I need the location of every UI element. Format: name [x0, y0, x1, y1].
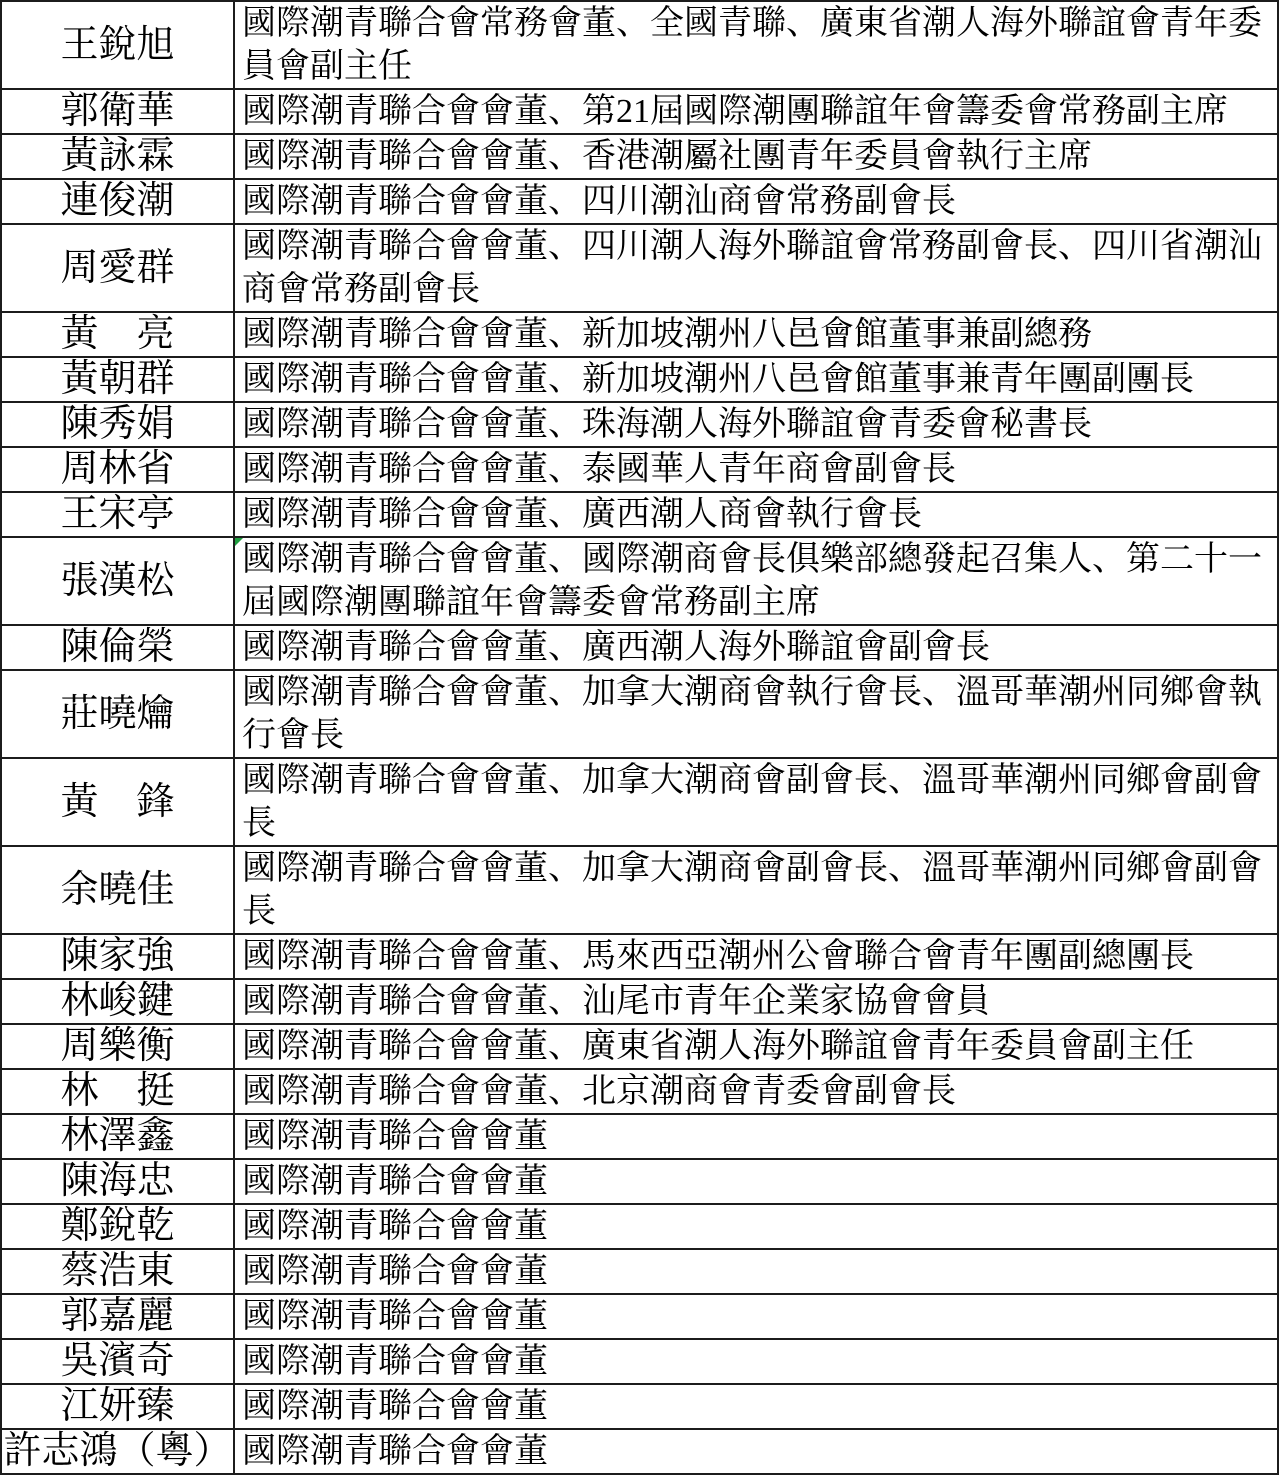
- member-title-cell: 國際潮青聯合會會董: [234, 1249, 1278, 1294]
- member-title-cell: 國際潮青聯合會會董: [234, 1429, 1278, 1474]
- member-title: 國際潮青聯合會會董、廣東省潮人海外聯誼會青年委員會副主任: [242, 1028, 1194, 1065]
- member-name-cell: 林澤鑫: [1, 1114, 234, 1159]
- table-row: 周樂衡 國際潮青聯合會會董、廣東省潮人海外聯誼會青年委員會副主任: [1, 1024, 1278, 1069]
- member-title-cell: 國際潮青聯合會會董、國際潮商會長俱樂部總發起召集人、第二十一屆國際潮團聯誼年會籌…: [234, 537, 1278, 625]
- member-name: 陳倫榮: [60, 626, 174, 668]
- member-name: 連俊潮: [60, 180, 174, 222]
- member-name: 黃詠霖: [60, 135, 174, 177]
- member-name: 郭衛華: [60, 90, 174, 132]
- member-title: 國際潮青聯合會會董、四川潮汕商會常務副會長: [242, 183, 956, 220]
- cell-comment-indicator-icon: [235, 538, 243, 546]
- member-title-cell: 國際潮青聯合會會董、加拿大潮商會副會長、溫哥華潮州同鄉會副會長: [234, 758, 1278, 846]
- table-row: 陳海忠 國際潮青聯合會會董: [1, 1159, 1278, 1204]
- member-name-cell: 周樂衡: [1, 1024, 234, 1069]
- member-title-cell: 國際潮青聯合會會董、新加坡潮州八邑會館董事兼副總務: [234, 312, 1278, 357]
- member-name: 蔡浩東: [60, 1250, 174, 1292]
- member-title: 國際潮青聯合會會董: [242, 1433, 548, 1470]
- member-name: 余曉佳: [60, 869, 174, 911]
- table-row: 張漢松 國際潮青聯合會會董、國際潮商會長俱樂部總發起召集人、第二十一屆國際潮團聯…: [1, 537, 1278, 625]
- member-name: 周樂衡: [60, 1025, 174, 1067]
- member-title: 國際潮青聯合會會董、珠海潮人海外聯誼會青委會秘書長: [242, 406, 1092, 443]
- member-name-cell: 許志鴻（粵）: [1, 1429, 234, 1474]
- member-title-cell: 國際潮青聯合會會董、泰國華人青年商會副會長: [234, 447, 1278, 492]
- member-name: 鄭銳乾: [60, 1205, 174, 1247]
- table-row: 陳倫榮 國際潮青聯合會會董、廣西潮人海外聯誼會副會長: [1, 625, 1278, 670]
- member-title: 國際潮青聯合會會董、第21屆國際潮團聯誼年會籌委會常務副主席: [242, 93, 1228, 130]
- table-row: 王銳旭 國際潮青聯合會常務會董、全國青聯、廣東省潮人海外聯誼會青年委員會副主任: [1, 1, 1278, 89]
- member-name-cell: 郭嘉麗: [1, 1294, 234, 1339]
- member-title: 國際潮青聯合會會董: [242, 1253, 548, 1290]
- member-title-cell: 國際潮青聯合會會董、香港潮屬社團青年委員會執行主席: [234, 134, 1278, 179]
- member-name-cell: 周林省: [1, 447, 234, 492]
- member-name-cell: 陳倫榮: [1, 625, 234, 670]
- member-title: 國際潮青聯合會會董、北京潮商會青委會副會長: [242, 1073, 956, 1110]
- member-title: 國際潮青聯合會會董: [242, 1298, 548, 1335]
- member-title-cell: 國際潮青聯合會常務會董、全國青聯、廣東省潮人海外聯誼會青年委員會副主任: [234, 1, 1278, 89]
- table-row: 周愛群 國際潮青聯合會會董、四川潮人海外聯誼會常務副會長、四川省潮汕商會常務副會…: [1, 224, 1278, 312]
- members-table: 王銳旭 國際潮青聯合會常務會董、全國青聯、廣東省潮人海外聯誼會青年委員會副主任 …: [0, 0, 1279, 1475]
- member-title: 國際潮青聯合會會董、國際潮商會長俱樂部總發起召集人、第二十一屆國際潮團聯誼年會籌…: [242, 541, 1262, 621]
- member-title-cell: 國際潮青聯合會會董、馬來西亞潮州公會聯合會青年團副總團長: [234, 934, 1278, 979]
- table-row: 陳家強 國際潮青聯合會會董、馬來西亞潮州公會聯合會青年團副總團長: [1, 934, 1278, 979]
- member-name-cell: 王銳旭: [1, 1, 234, 89]
- member-name-cell: 黃 鋒: [1, 758, 234, 846]
- member-title-cell: 國際潮青聯合會會董、廣西潮人商會執行會長: [234, 492, 1278, 537]
- member-title-cell: 國際潮青聯合會會董、廣西潮人海外聯誼會副會長: [234, 625, 1278, 670]
- table-row: 周林省 國際潮青聯合會會董、泰國華人青年商會副會長: [1, 447, 1278, 492]
- member-title: 國際潮青聯合會會董、加拿大潮商會執行會長、溫哥華潮州同鄉會執行會長: [242, 674, 1262, 754]
- member-name: 陳秀娟: [60, 403, 174, 445]
- member-name-cell: 陳海忠: [1, 1159, 234, 1204]
- member-title: 國際潮青聯合會會董: [242, 1163, 548, 1200]
- table-row: 黃 鋒 國際潮青聯合會會董、加拿大潮商會副會長、溫哥華潮州同鄉會副會長: [1, 758, 1278, 846]
- table-row: 吳濱奇 國際潮青聯合會會董: [1, 1339, 1278, 1384]
- member-name: 莊曉爚: [60, 693, 174, 735]
- member-title: 國際潮青聯合會會董、馬來西亞潮州公會聯合會青年團副總團長: [242, 938, 1194, 975]
- member-title-cell: 國際潮青聯合會會董、四川潮汕商會常務副會長: [234, 179, 1278, 224]
- member-title-cell: 國際潮青聯合會會董、加拿大潮商會執行會長、溫哥華潮州同鄉會執行會長: [234, 670, 1278, 758]
- member-name: 周林省: [60, 448, 174, 490]
- table-row: 莊曉爚 國際潮青聯合會會董、加拿大潮商會執行會長、溫哥華潮州同鄉會執行會長: [1, 670, 1278, 758]
- member-name: 陳海忠: [60, 1160, 174, 1202]
- table-row: 蔡浩東 國際潮青聯合會會董: [1, 1249, 1278, 1294]
- table-row: 連俊潮 國際潮青聯合會會董、四川潮汕商會常務副會長: [1, 179, 1278, 224]
- member-title-cell: 國際潮青聯合會會董、加拿大潮商會副會長、溫哥華潮州同鄉會副會長: [234, 846, 1278, 934]
- member-name: 許志鴻（粵）: [3, 1430, 231, 1472]
- table-row: 林 挺 國際潮青聯合會會董、北京潮商會青委會副會長: [1, 1069, 1278, 1114]
- member-name-cell: 余曉佳: [1, 846, 234, 934]
- member-name-cell: 黃 亮: [1, 312, 234, 357]
- member-title-cell: 國際潮青聯合會會董: [234, 1294, 1278, 1339]
- member-title: 國際潮青聯合會會董、汕尾市青年企業家協會會員: [242, 983, 990, 1020]
- table-row: 林峻鍵 國際潮青聯合會會董、汕尾市青年企業家協會會員: [1, 979, 1278, 1024]
- member-title: 國際潮青聯合會會董: [242, 1343, 548, 1380]
- member-name-cell: 張漢松: [1, 537, 234, 625]
- member-title: 國際潮青聯合會會董、新加坡潮州八邑會館董事兼青年團副團長: [242, 361, 1194, 398]
- member-title: 國際潮青聯合會會董: [242, 1118, 548, 1155]
- member-title-cell: 國際潮青聯合會會董、珠海潮人海外聯誼會青委會秘書長: [234, 402, 1278, 447]
- member-name-cell: 林峻鍵: [1, 979, 234, 1024]
- table-row: 黃朝群 國際潮青聯合會會董、新加坡潮州八邑會館董事兼青年團副團長: [1, 357, 1278, 402]
- table-row: 郭嘉麗 國際潮青聯合會會董: [1, 1294, 1278, 1339]
- member-name-cell: 莊曉爚: [1, 670, 234, 758]
- table-row: 林澤鑫 國際潮青聯合會會董: [1, 1114, 1278, 1159]
- member-title: 國際潮青聯合會會董: [242, 1388, 548, 1425]
- member-name-cell: 陳秀娟: [1, 402, 234, 447]
- member-title-cell: 國際潮青聯合會會董、北京潮商會青委會副會長: [234, 1069, 1278, 1114]
- table-row: 黃 亮 國際潮青聯合會會董、新加坡潮州八邑會館董事兼副總務: [1, 312, 1278, 357]
- member-name: 林澤鑫: [60, 1115, 174, 1157]
- member-title-cell: 國際潮青聯合會會董、廣東省潮人海外聯誼會青年委員會副主任: [234, 1024, 1278, 1069]
- member-title: 國際潮青聯合會會董: [242, 1208, 548, 1245]
- member-name: 郭嘉麗: [60, 1295, 174, 1337]
- member-title: 國際潮青聯合會會董、加拿大潮商會副會長、溫哥華潮州同鄉會副會長: [242, 850, 1262, 930]
- member-name-cell: 黃朝群: [1, 357, 234, 402]
- member-name-cell: 吳濱奇: [1, 1339, 234, 1384]
- member-title-cell: 國際潮青聯合會會董、汕尾市青年企業家協會會員: [234, 979, 1278, 1024]
- member-name-cell: 連俊潮: [1, 179, 234, 224]
- member-name-cell: 王宋亭: [1, 492, 234, 537]
- member-name-cell: 林 挺: [1, 1069, 234, 1114]
- member-title-cell: 國際潮青聯合會會董、四川潮人海外聯誼會常務副會長、四川省潮汕商會常務副會長: [234, 224, 1278, 312]
- member-title: 國際潮青聯合會會董、四川潮人海外聯誼會常務副會長、四川省潮汕商會常務副會長: [242, 228, 1262, 308]
- table-row: 陳秀娟 國際潮青聯合會會董、珠海潮人海外聯誼會青委會秘書長: [1, 402, 1278, 447]
- member-name: 陳家強: [60, 935, 174, 977]
- member-title: 國際潮青聯合會會董、加拿大潮商會副會長、溫哥華潮州同鄉會副會長: [242, 762, 1262, 842]
- member-name: 吳濱奇: [60, 1340, 174, 1382]
- member-title: 國際潮青聯合會會董、香港潮屬社團青年委員會執行主席: [242, 138, 1092, 175]
- member-title: 國際潮青聯合會會董、泰國華人青年商會副會長: [242, 451, 956, 488]
- member-title: 國際潮青聯合會會董、新加坡潮州八邑會館董事兼副總務: [242, 316, 1092, 353]
- table-row: 江妍臻 國際潮青聯合會會董: [1, 1384, 1278, 1429]
- member-name-cell: 陳家強: [1, 934, 234, 979]
- member-name: 黃 鋒: [60, 781, 174, 823]
- member-name-cell: 鄭銳乾: [1, 1204, 234, 1249]
- table-row: 余曉佳 國際潮青聯合會會董、加拿大潮商會副會長、溫哥華潮州同鄉會副會長: [1, 846, 1278, 934]
- member-title-cell: 國際潮青聯合會會董: [234, 1384, 1278, 1429]
- member-name-cell: 黃詠霖: [1, 134, 234, 179]
- members-table-body: 王銳旭 國際潮青聯合會常務會董、全國青聯、廣東省潮人海外聯誼會青年委員會副主任 …: [1, 1, 1278, 1474]
- member-title-cell: 國際潮青聯合會會董: [234, 1114, 1278, 1159]
- table-row: 王宋亭 國際潮青聯合會會董、廣西潮人商會執行會長: [1, 492, 1278, 537]
- table-row: 許志鴻（粵） 國際潮青聯合會會董: [1, 1429, 1278, 1474]
- table-row: 鄭銳乾 國際潮青聯合會會董: [1, 1204, 1278, 1249]
- member-name: 林峻鍵: [60, 980, 174, 1022]
- member-name-cell: 周愛群: [1, 224, 234, 312]
- member-title: 國際潮青聯合會會董、廣西潮人商會執行會長: [242, 496, 922, 533]
- member-name: 周愛群: [60, 247, 174, 289]
- member-name-cell: 郭衛華: [1, 89, 234, 134]
- member-name: 王宋亭: [60, 493, 174, 535]
- member-name-cell: 蔡浩東: [1, 1249, 234, 1294]
- member-name: 張漢松: [60, 560, 174, 602]
- member-name: 王銳旭: [60, 24, 174, 66]
- member-name: 黃 亮: [60, 313, 174, 355]
- member-name: 黃朝群: [60, 358, 174, 400]
- member-name-cell: 江妍臻: [1, 1384, 234, 1429]
- member-title: 國際潮青聯合會會董、廣西潮人海外聯誼會副會長: [242, 629, 990, 666]
- member-title-cell: 國際潮青聯合會會董、第21屆國際潮團聯誼年會籌委會常務副主席: [234, 89, 1278, 134]
- member-name: 林 挺: [60, 1070, 174, 1112]
- member-title-cell: 國際潮青聯合會會董、新加坡潮州八邑會館董事兼青年團副團長: [234, 357, 1278, 402]
- member-name: 江妍臻: [60, 1385, 174, 1427]
- member-title: 國際潮青聯合會常務會董、全國青聯、廣東省潮人海外聯誼會青年委員會副主任: [242, 5, 1262, 85]
- member-title-cell: 國際潮青聯合會會董: [234, 1159, 1278, 1204]
- member-title-cell: 國際潮青聯合會會董: [234, 1339, 1278, 1384]
- member-title-cell: 國際潮青聯合會會董: [234, 1204, 1278, 1249]
- table-row: 黃詠霖 國際潮青聯合會會董、香港潮屬社團青年委員會執行主席: [1, 134, 1278, 179]
- table-row: 郭衛華 國際潮青聯合會會董、第21屆國際潮團聯誼年會籌委會常務副主席: [1, 89, 1278, 134]
